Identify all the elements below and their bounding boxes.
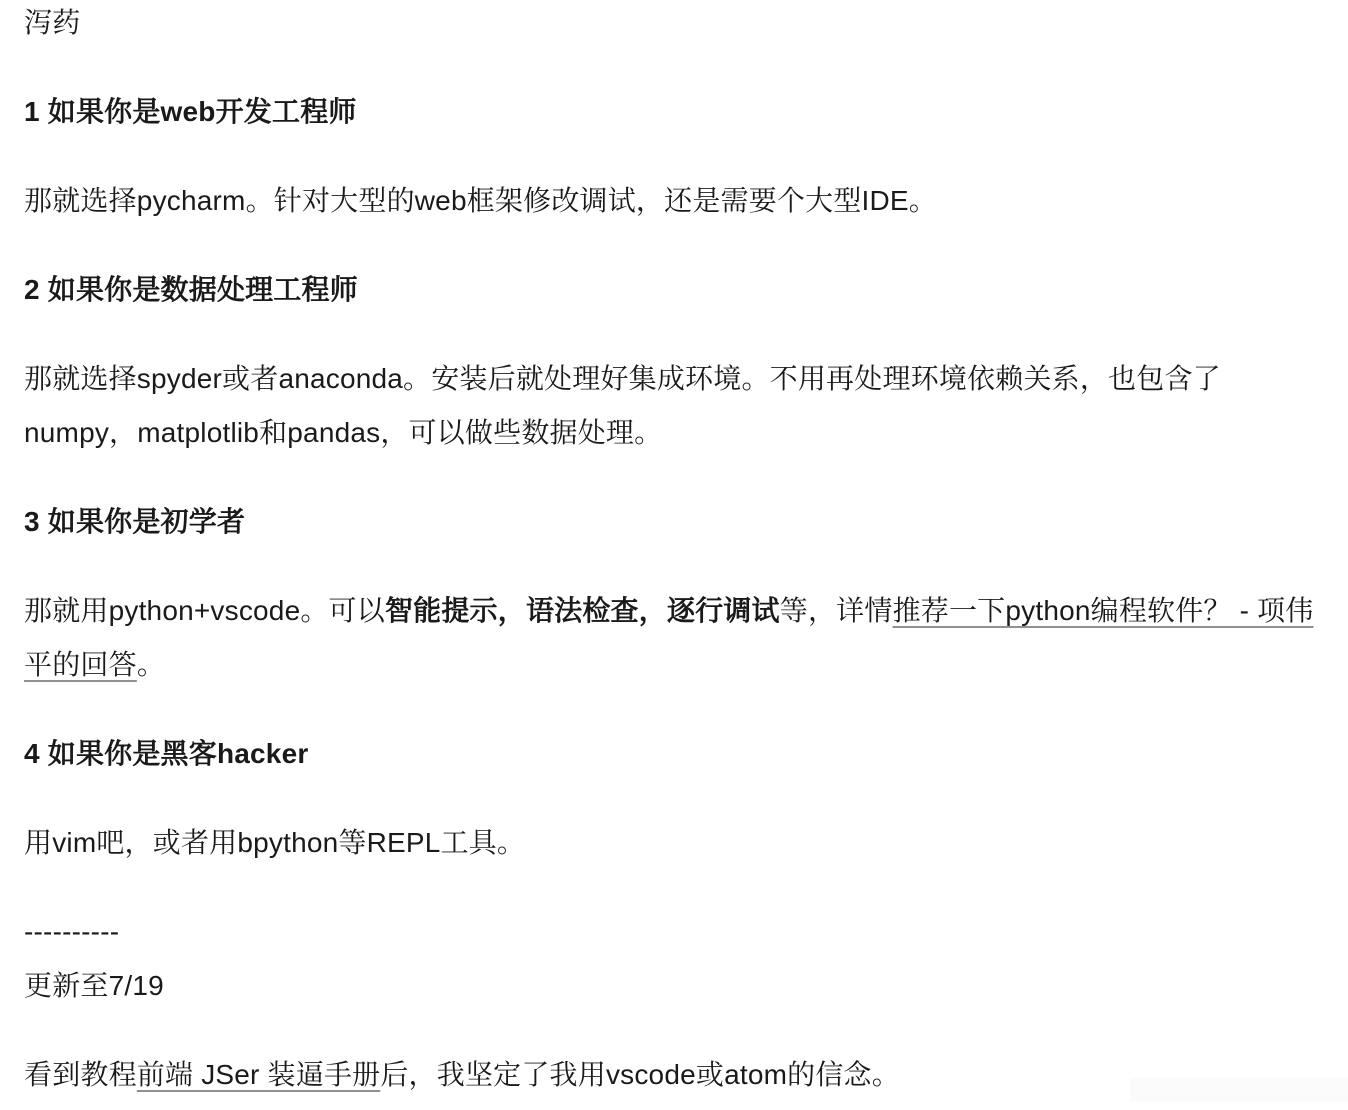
section-3-heading: 3 如果你是初学者 bbox=[24, 495, 1328, 549]
section-2-heading: 2 如果你是数据处理工程师 bbox=[24, 263, 1328, 317]
section-2-body: 那就选择spyder或者anaconda。安装后就处理好集成环境。不用再处理环境… bbox=[24, 352, 1328, 460]
section-3-body-lead: 那就用python+vscode。可以 bbox=[24, 595, 385, 626]
section-3-body-tail: 。 bbox=[137, 649, 165, 680]
update-paragraph: ----------更新至7/19 bbox=[24, 905, 1328, 1013]
section-1-heading: 1 如果你是web开发工程师 bbox=[24, 85, 1328, 139]
faint-background-artifact bbox=[1130, 1078, 1348, 1102]
section-3-body-mid: 等，详情 bbox=[780, 595, 893, 626]
divider-dashes: ---------- bbox=[24, 905, 1328, 959]
update-note: 更新至7/19 bbox=[24, 959, 1328, 1013]
section-4-body: 用vim吧，或者用bpython等REPL工具。 bbox=[24, 816, 1328, 870]
section-1-body: 那就选择pycharm。针对大型的web框架修改调试，还是需要个大型IDE。 bbox=[24, 174, 1328, 228]
section-3-bold-emphasis: 智能提示，语法检查，逐行调试 bbox=[385, 595, 780, 626]
answer-content: 泻药 1 如果你是web开发工程师 那就选择pycharm。针对大型的web框架… bbox=[0, 0, 1348, 1102]
intro-text: 泻药 bbox=[24, 0, 1328, 50]
section-4-heading: 4 如果你是黑客hacker bbox=[24, 727, 1328, 781]
section-3-body: 那就用python+vscode。可以智能提示，语法检查，逐行调试等，详情推荐一… bbox=[24, 584, 1328, 692]
link-frontend-jser-handbook[interactable]: 前端 JSer 装逼手册 bbox=[137, 1059, 381, 1090]
closing-lead: 看到教程 bbox=[24, 1059, 137, 1090]
closing-tail: 后，我坚定了我用vscode或atom的信念。 bbox=[380, 1059, 900, 1090]
